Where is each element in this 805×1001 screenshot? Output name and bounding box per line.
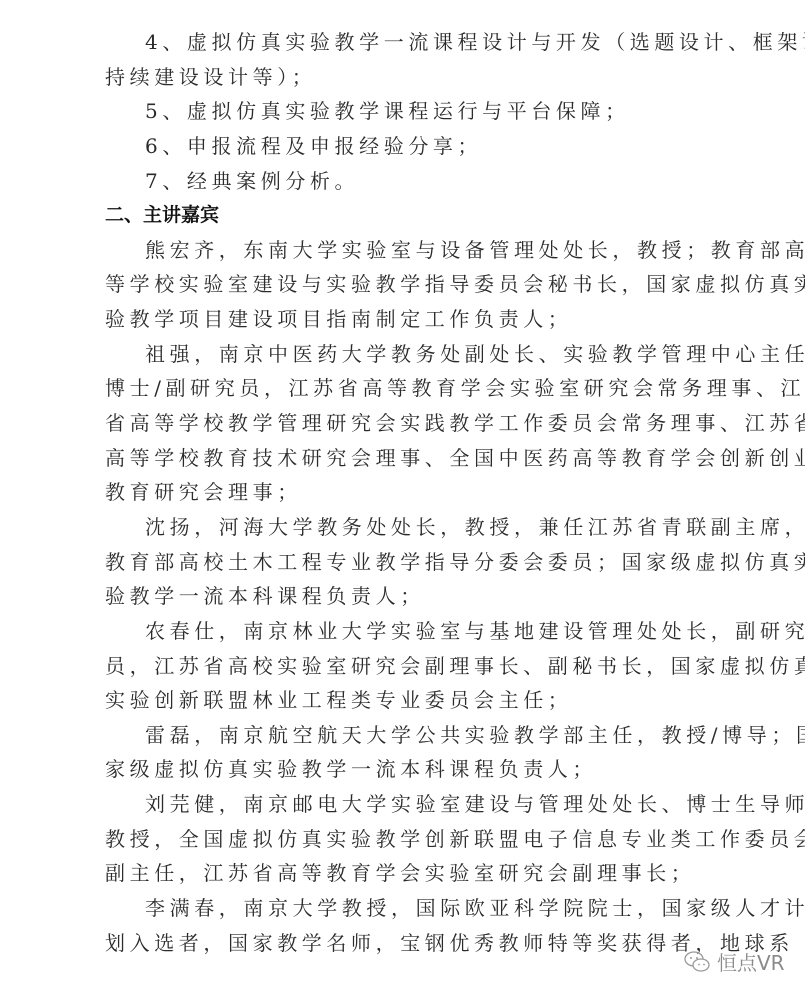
speaker-2-line-1: 祖强，南京中医药大学教务处副处长、实验教学管理中心主任，	[105, 337, 705, 372]
speaker-4-line-3: 实验创新联盟林业工程类专业委员会主任；	[105, 683, 705, 718]
speaker-1-line-2: 等学校实验室建设与实验教学指导委员会秘书长，国家虚拟仿真实	[105, 267, 705, 302]
speaker-3-line-1: 沈扬，河海大学教务处处长，教授，兼任江苏省青联副主席，	[105, 510, 705, 545]
wechat-icon	[683, 950, 711, 974]
speaker-6-line-3: 副主任，江苏省高等教育学会实验室研究会副理事长；	[105, 856, 705, 891]
speaker-3-line-3: 验教学一流本科课程负责人；	[105, 579, 705, 614]
speaker-4-line-2: 员，江苏省高校实验室研究会副理事长、副秘书长，国家虚拟仿真	[105, 649, 705, 684]
watermark-text: 恒点VR	[717, 947, 785, 976]
speaker-2-line-4: 高等学校教育技术研究会理事、全国中医药高等教育学会创新创业	[105, 441, 705, 476]
speaker-4-line-1: 农春仕，南京林业大学实验室与基地建设管理处处长，副研究	[105, 614, 705, 649]
speaker-2-line-3: 省高等学校教学管理研究会实践教学工作委员会常务理事、江苏省	[105, 406, 705, 441]
speaker-7-line-1: 李满春，南京大学教授，国际欧亚科学院院士，国家级人才计	[105, 891, 705, 926]
speaker-2-line-5: 教育研究会理事；	[105, 475, 705, 510]
watermark: 恒点VR	[683, 947, 785, 976]
speaker-5-line-2: 家级虚拟仿真实验教学一流本科课程负责人；	[105, 752, 705, 787]
speaker-6-line-1: 刘芫健，南京邮电大学实验室建设与管理处处长、博士生导师、	[105, 787, 705, 822]
agenda-item-7: 7、经典案例分析。	[105, 164, 705, 199]
agenda-item-4-line-1: 4、虚拟仿真实验教学一流课程设计与开发（选题设计、框架设计、	[105, 25, 705, 60]
document-page: 4、虚拟仿真实验教学一流课程设计与开发（选题设计、框架设计、 持续建设设计等）；…	[105, 25, 705, 960]
speaker-7-line-2: 划入选者，国家教学名师，宝钢优秀教师特等奖获得者，地球系	[105, 926, 705, 961]
agenda-item-5: 5、虚拟仿真实验教学课程运行与平台保障；	[105, 94, 705, 129]
speaker-2-line-2: 博士/副研究员，江苏省高等教育学会实验室研究会常务理事、江苏	[105, 371, 705, 406]
speaker-5-line-1: 雷磊，南京航空航天大学公共实验教学部主任，教授/博导；国	[105, 718, 705, 753]
speaker-3-line-2: 教育部高校土木工程专业教学指导分委会委员；国家级虚拟仿真实	[105, 545, 705, 580]
agenda-item-6: 6、申报流程及申报经验分享；	[105, 129, 705, 164]
speaker-6-line-2: 教授，全国虚拟仿真实验教学创新联盟电子信息专业类工作委员会	[105, 822, 705, 857]
speaker-1-line-1: 熊宏齐，东南大学实验室与设备管理处处长，教授；教育部高	[105, 233, 705, 268]
agenda-item-4-line-2: 持续建设设计等）；	[105, 60, 705, 95]
speaker-1-line-3: 验教学项目建设项目指南制定工作负责人；	[105, 302, 705, 337]
section-heading-speakers: 二、主讲嘉宾	[105, 198, 705, 233]
